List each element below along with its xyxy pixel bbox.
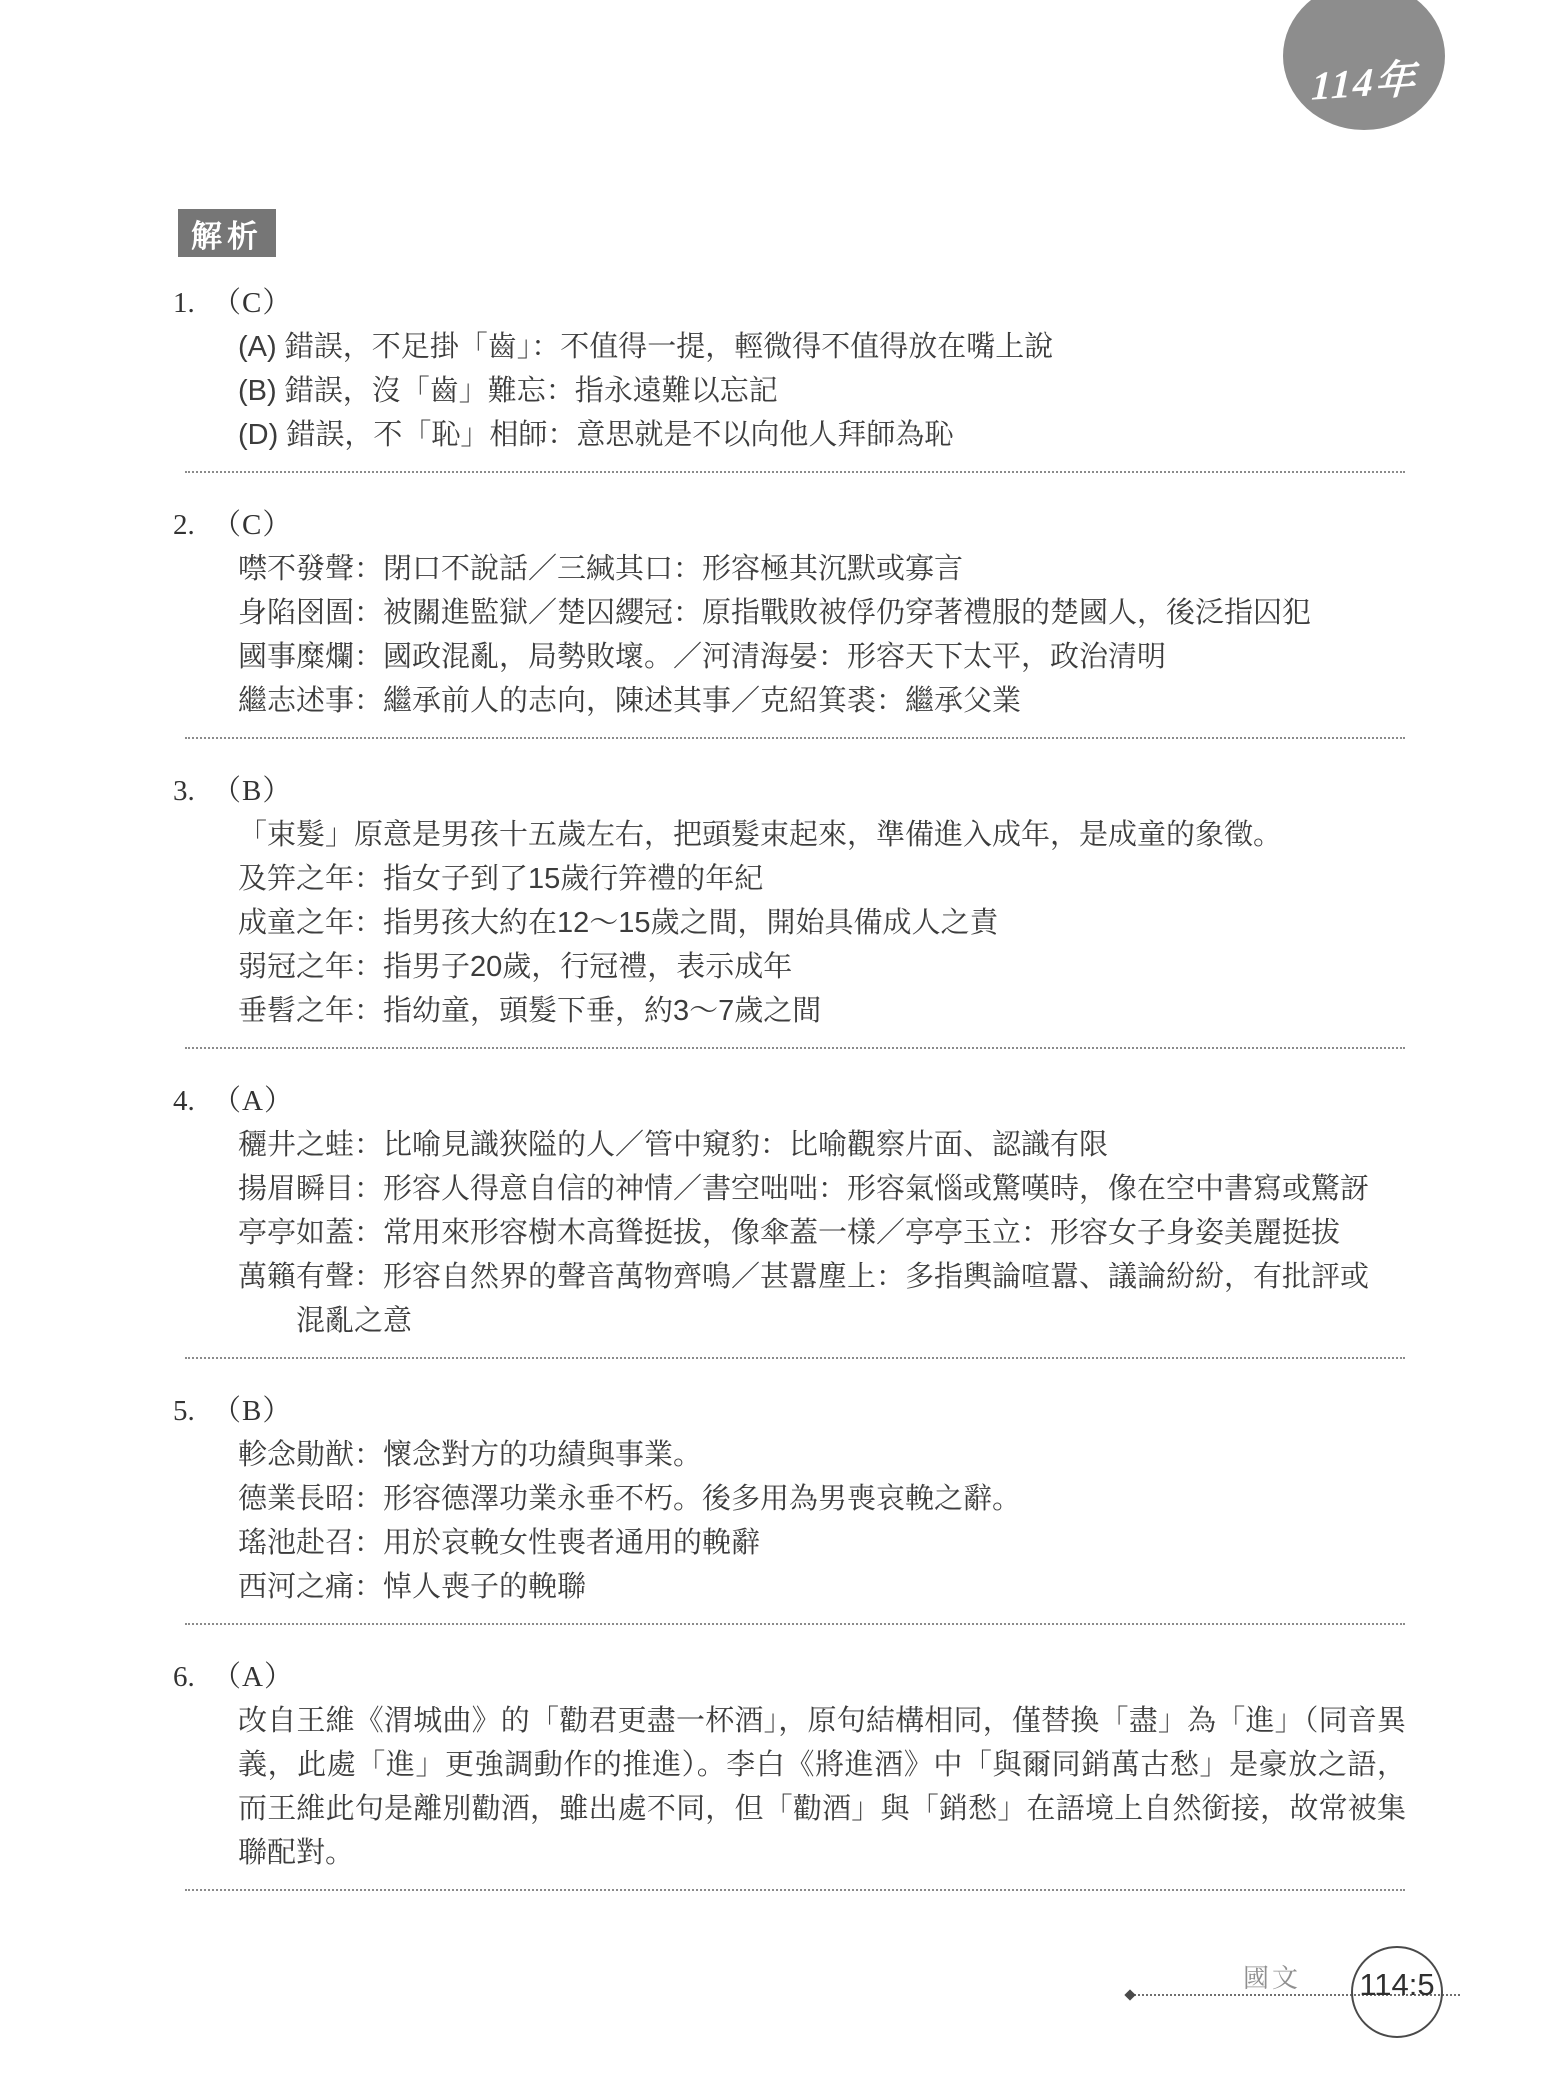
dotted-divider	[185, 737, 1405, 739]
dotted-divider	[185, 1047, 1405, 1049]
question-number: 5.	[173, 1389, 195, 1433]
explanation-line: 軫念勛猷：懷念對方的功績與事業。	[238, 1433, 1406, 1477]
question-body: 改自王維《渭城曲》的「勸君更盡一杯酒」，原句結構相同，僅替換「盡」為「進」（同音…	[0, 1699, 1544, 1875]
explanation-line: 噤不發聲：閉口不說話／三緘其口：形容極其沉默或寡言	[238, 547, 1406, 591]
question-block: 4. （A） 穲井之蛙：比喻見識狹隘的人／管中窺豹：比喻觀察片面、認識有限揚眉瞬…	[0, 1079, 1544, 1359]
question-answer: （B）	[212, 769, 292, 813]
explanation-line: 垂髫之年：指幼童，頭髮下垂，約3～7歲之間	[238, 989, 1406, 1033]
question-head: 1. （C）	[173, 281, 1544, 325]
question-head: 4. （A）	[173, 1079, 1544, 1123]
dotted-divider	[185, 471, 1405, 473]
explanation-line: (D) 錯誤，不「恥」相師：意思就是不以向他人拜師為恥	[238, 413, 1406, 457]
explanation-line: 亭亭如蓋：常用來形容樹木高聳挺拔，像傘蓋一樣／亭亭玉立：形容女子身姿美麗挺拔	[238, 1211, 1406, 1255]
explanation-line: 揚眉瞬目：形容人得意自信的神情／書空咄咄：形容氣惱或驚嘆時，像在空中書寫或驚訝	[238, 1167, 1406, 1211]
explanation-line: 及笄之年：指女子到了15歲行笄禮的年紀	[238, 857, 1406, 901]
explanation-line: 西河之痛：悼人喪子的輓聯	[238, 1565, 1406, 1609]
question-answer: （A）	[212, 1655, 294, 1699]
question-head: 3. （B）	[173, 769, 1544, 813]
page-number: 114:5	[1359, 1967, 1434, 2017]
section-label: 解析	[178, 209, 276, 257]
explanation-line: 混亂之意	[238, 1299, 1464, 1343]
explanation-line: 繼志述事：繼承前人的志向，陳述其事／克紹箕裘：繼承父業	[238, 679, 1406, 723]
dotted-divider	[185, 1889, 1405, 1891]
page-number-circle: 114:5	[1351, 1946, 1443, 2038]
question-body: (A) 錯誤，不足掛「齒」：不值得一提，輕微得不值得放在嘴上說(B) 錯誤，沒「…	[0, 325, 1544, 457]
explanation-line: 身陷囹圄：被關進監獄／楚囚纓冠：原指戰敗被俘仍穿著禮服的楚國人，後泛指囚犯	[238, 591, 1406, 635]
question-number: 3.	[173, 769, 195, 813]
section-label-text: 解析	[191, 211, 263, 256]
explanation-line: 萬籟有聲：形容自然界的聲音萬物齊鳴／甚囂塵上：多指輿論喧囂、議論紛紛，有批評或	[238, 1255, 1406, 1299]
question-block: 3. （B） 「束髮」原意是男孩十五歲左右，把頭髮束起來，準備進入成年，是成童的…	[0, 769, 1544, 1049]
question-body: 噤不發聲：閉口不說話／三緘其口：形容極其沉默或寡言身陷囹圄：被關進監獄／楚囚纓冠…	[0, 547, 1544, 723]
question-answer: （C）	[212, 503, 292, 547]
explanation-line: 穲井之蛙：比喻見識狹隘的人／管中窺豹：比喻觀察片面、認識有限	[238, 1123, 1406, 1167]
year-badge-label: 114年	[1310, 47, 1418, 134]
question-head: 2. （C）	[173, 503, 1544, 547]
explanation-line: 瑤池赴召：用於哀輓女性喪者通用的輓辭	[238, 1521, 1406, 1565]
explanation-line: 弱冠之年：指男子20歲，行冠禮，表示成年	[238, 945, 1406, 989]
question-answer: （B）	[212, 1389, 292, 1433]
footer-subject-label: 國文	[1243, 1958, 1301, 1995]
explanation-line: 國事糜爛：國政混亂，局勢敗壞。／河清海晏：形容天下太平，政治清明	[238, 635, 1406, 679]
explanation-line: (B) 錯誤，沒「齒」難忘：指永遠難以忘記	[238, 369, 1406, 413]
question-head: 6. （A）	[173, 1655, 1544, 1699]
question-answer: （C）	[212, 281, 292, 325]
question-body: 軫念勛猷：懷念對方的功績與事業。德業長昭：形容德澤功業永垂不朽。後多用為男喪哀輓…	[0, 1433, 1544, 1609]
dotted-divider	[185, 1623, 1405, 1625]
explanation-line: (A) 錯誤，不足掛「齒」：不值得一提，輕微得不值得放在嘴上說	[238, 325, 1406, 369]
question-answer: （A）	[212, 1079, 294, 1123]
question-body: 穲井之蛙：比喻見識狹隘的人／管中窺豹：比喻觀察片面、認識有限揚眉瞬目：形容人得意…	[0, 1123, 1544, 1343]
explanation-line: 德業長昭：形容德澤功業永垂不朽。後多用為男喪哀輓之辭。	[238, 1477, 1406, 1521]
question-block: 6. （A） 改自王維《渭城曲》的「勸君更盡一杯酒」，原句結構相同，僅替換「盡」…	[0, 1655, 1544, 1891]
answer-explanations: 1. （C） (A) 錯誤，不足掛「齒」：不值得一提，輕微得不值得放在嘴上說(B…	[0, 281, 1544, 1921]
question-block: 1. （C） (A) 錯誤，不足掛「齒」：不值得一提，輕微得不值得放在嘴上說(B…	[0, 281, 1544, 473]
explanation-line: 「束髮」原意是男孩十五歲左右，把頭髮束起來，準備進入成年，是成童的象徵。	[238, 813, 1406, 857]
question-number: 4.	[173, 1079, 195, 1123]
diamond-bullet-icon	[1124, 1989, 1135, 2000]
question-number: 2.	[173, 503, 195, 547]
question-block: 5. （B） 軫念勛猷：懷念對方的功績與事業。德業長昭：形容德澤功業永垂不朽。後…	[0, 1389, 1544, 1625]
question-number: 6.	[173, 1655, 195, 1699]
question-body: 「束髮」原意是男孩十五歲左右，把頭髮束起來，準備進入成年，是成童的象徵。及笄之年…	[0, 813, 1544, 1033]
explanation-paragraph: 改自王維《渭城曲》的「勸君更盡一杯酒」，原句結構相同，僅替換「盡」為「進」（同音…	[238, 1699, 1406, 1875]
dotted-divider	[185, 1357, 1405, 1359]
explanation-line: 成童之年：指男孩大約在12～15歲之間，開始具備成人之責	[238, 901, 1406, 945]
document-page: 114年 解析 1. （C） (A) 錯誤，不足掛「齒」：不值得一提，輕微得不值…	[0, 0, 1544, 2095]
question-head: 5. （B）	[173, 1389, 1544, 1433]
year-badge: 114年	[1283, 0, 1445, 130]
question-number: 1.	[173, 281, 195, 325]
question-block: 2. （C） 噤不發聲：閉口不說話／三緘其口：形容極其沉默或寡言身陷囹圄：被關進…	[0, 503, 1544, 739]
